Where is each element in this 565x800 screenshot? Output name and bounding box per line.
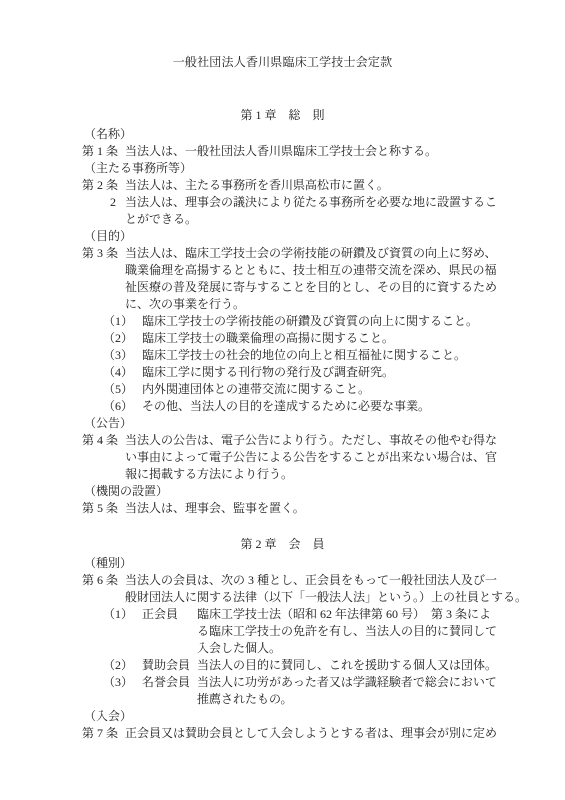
definition-continuation-line: る臨床工学技士の免許を有し、当法人の目的に賛同して — [0, 623, 565, 640]
member-definition-line: （3）名誉会員当法人に功労があった者又は学識経験者で総会において — [0, 674, 565, 691]
section-label: （機関の設置） — [0, 483, 565, 500]
clause-number: 第 2 条 — [82, 177, 125, 194]
chapter-heading: 第 2 章 会 員 — [0, 536, 565, 553]
line-text: る臨床工学技士の免許を有し、当法人の目的に賛同して — [197, 624, 497, 638]
blank-line — [0, 517, 565, 534]
article-line: 第 3 条当法人は、臨床工学技士会の学術技能の研鑽及び資質の向上に努め、 — [0, 245, 565, 262]
definition-continuation-line: 推薦されたもの。 — [0, 691, 565, 708]
article-continuation-line: 報に掲載する方法により行う。 — [0, 466, 565, 483]
line-text: 一般社団法人香川県臨床工学技士会定款 — [173, 55, 393, 69]
member-type-label: 賛助会員 — [142, 657, 197, 674]
article-continuation-line: に、次の事業を行う。 — [0, 296, 565, 313]
line-text: 当法人の目的に賛同し、これを援助する個人又は団体。 — [197, 657, 565, 674]
article-continuation-line: 祉医療の普及発展に寄与することを目的とし、その目的に資するため — [0, 279, 565, 296]
line-text: 第 2 章 会 員 — [240, 537, 324, 551]
line-text: （公告） — [84, 416, 132, 430]
clause-number: 第 6 条 — [82, 572, 125, 589]
clause-number: （3） — [103, 347, 142, 364]
clause-number: 第 5 条 — [82, 500, 125, 517]
clause-number: （1） — [103, 606, 142, 623]
line-text: 当法人に功労があった者又は学識経験者で総会において — [197, 674, 565, 691]
clause-number: （2） — [103, 657, 142, 674]
document-body: 一般社団法人香川県臨床工学技士会定款第 1 章 総 則（名称）第 1 条当法人は… — [0, 0, 565, 742]
line-text: 職業倫理を高揚するとともに、技士相互の連帯交流を深め、県民の福 — [125, 263, 497, 277]
clause-number: 第 3 条 — [82, 245, 125, 262]
line-text: （名称） — [84, 127, 132, 141]
chapter-heading: 第 1 章 総 則 — [0, 107, 565, 124]
list-item-line: （2）臨床工学技士の職業倫理の高揚に関すること。 — [0, 330, 565, 347]
line-text: 当法人の会員は、次の 3 種とし、正会員をもって一般社団法人及び一 — [125, 572, 565, 589]
line-text: に、次の事業を行う。 — [125, 297, 245, 311]
line-text: 入会した個人。 — [197, 641, 281, 655]
article-continuation-line: 般財団法人に関する法律（以下「一般法人法」という。）上の社員とする。 — [0, 589, 565, 606]
article-line: 第 7 条正会員又は賛助会員として入会しようとする者は、理事会が別に定め — [0, 725, 565, 742]
section-label: （目的） — [0, 228, 565, 245]
article-continuation-line: い事由によって電子公告による公告をすることが出来ない場合は、官 — [0, 449, 565, 466]
clause-number: （5） — [103, 381, 142, 398]
line-text: 当法人は、理事会の議決により従たる事務所を必要な地に設置するこ — [125, 194, 565, 211]
clause-number: 第 7 条 — [82, 725, 125, 742]
member-type-label: 名誉会員 — [142, 674, 197, 691]
line-text: 臨床工学技士の職業倫理の高揚に関すること。 — [142, 330, 565, 347]
line-text: 当法人は、理事会、監事を置く。 — [125, 500, 565, 517]
line-text: 当法人は、臨床工学技士会の学術技能の研鑽及び資質の向上に努め、 — [125, 245, 565, 262]
blank-line — [0, 71, 565, 88]
line-text: 第 1 章 総 則 — [240, 108, 324, 122]
clause-number: （4） — [103, 364, 142, 381]
section-label: （入会） — [0, 708, 565, 725]
sub-clause-line: 2当法人は、理事会の議決により従たる事務所を必要な地に設置するこ — [0, 194, 565, 211]
line-text: 当法人の公告は、電子公告により行う。ただし、事故その他やむ得な — [125, 432, 565, 449]
article-line: 第 2 条当法人は、主たる事務所を香川県高松市に置く。 — [0, 177, 565, 194]
member-definition-line: （2）賛助会員当法人の目的に賛同し、これを援助する個人又は団体。 — [0, 657, 565, 674]
section-label: （公告） — [0, 415, 565, 432]
line-text: 般財団法人に関する法律（以下「一般法人法」という。）上の社員とする。 — [125, 590, 527, 604]
member-type-label: 正会員 — [142, 606, 197, 623]
line-text: （主たる事務所等） — [84, 161, 192, 175]
article-continuation-line: とができる。 — [0, 211, 565, 228]
line-text: 当法人は、主たる事務所を香川県高松市に置く。 — [125, 177, 565, 194]
line-text: （種別） — [84, 556, 132, 570]
line-text: （目的） — [84, 229, 132, 243]
clause-number: 第 1 条 — [82, 143, 125, 160]
line-text: 内外関連団体との連帯交流に関すること。 — [142, 381, 565, 398]
line-text: い事由によって電子公告による公告をすることが出来ない場合は、官 — [125, 450, 497, 464]
section-label: （名称） — [0, 126, 565, 143]
line-text: 当法人は、一般社団法人香川県臨床工学技士会と称する。 — [125, 143, 565, 160]
list-item-line: （1）臨床工学技士の学術技能の研鑽及び資質の向上に関すること。 — [0, 313, 565, 330]
section-label: （種別） — [0, 555, 565, 572]
line-text: 祉医療の普及発展に寄与することを目的とし、その目的に資するため — [125, 280, 497, 294]
list-item-line: （5）内外関連団体との連帯交流に関すること。 — [0, 381, 565, 398]
section-label: （主たる事務所等） — [0, 160, 565, 177]
definition-continuation-line: 入会した個人。 — [0, 640, 565, 657]
line-text: 正会員又は賛助会員として入会しようとする者は、理事会が別に定め — [125, 725, 565, 742]
article-line: 第 6 条当法人の会員は、次の 3 種とし、正会員をもって一般社団法人及び一 — [0, 572, 565, 589]
document-page: 一般社団法人香川県臨床工学技士会定款第 1 章 総 則（名称）第 1 条当法人は… — [0, 0, 565, 800]
line-text: 臨床工学に関する刊行物の発行及び調査研究。 — [142, 364, 565, 381]
line-text: 臨床工学技士法（昭和 62 年法律第 60 号） 第 3 条によ — [197, 606, 565, 623]
blank-line — [0, 88, 565, 105]
line-text: その他、当法人の目的を達成するために必要な事業。 — [142, 398, 565, 415]
article-continuation-line: 職業倫理を高揚するとともに、技士相互の連帯交流を深め、県民の福 — [0, 262, 565, 279]
clause-number: （6） — [103, 398, 142, 415]
document-title: 一般社団法人香川県臨床工学技士会定款 — [0, 54, 565, 71]
clause-number: 第 4 条 — [82, 432, 125, 449]
line-text: 報に掲載する方法により行う。 — [125, 467, 293, 481]
article-line: 第 1 条当法人は、一般社団法人香川県臨床工学技士会と称する。 — [0, 143, 565, 160]
clause-number: （3） — [103, 674, 142, 691]
line-text: 臨床工学技士の学術技能の研鑽及び資質の向上に関すること。 — [142, 313, 565, 330]
line-text: 推薦されたもの。 — [197, 692, 293, 706]
line-text: とができる。 — [125, 212, 197, 226]
line-text: 臨床工学技士の社会的地位の向上と相互福祉に関すること。 — [142, 347, 565, 364]
member-definition-line: （1）正会員臨床工学技士法（昭和 62 年法律第 60 号） 第 3 条によ — [0, 606, 565, 623]
article-line: 第 4 条当法人の公告は、電子公告により行う。ただし、事故その他やむ得な — [0, 432, 565, 449]
line-text: （機関の設置） — [84, 484, 168, 498]
list-item-line: （6）その他、当法人の目的を達成するために必要な事業。 — [0, 398, 565, 415]
line-text: （入会） — [84, 709, 132, 723]
list-item-line: （3）臨床工学技士の社会的地位の向上と相互福祉に関すること。 — [0, 347, 565, 364]
clause-number: 2 — [110, 194, 125, 211]
article-line: 第 5 条当法人は、理事会、監事を置く。 — [0, 500, 565, 517]
list-item-line: （4）臨床工学に関する刊行物の発行及び調査研究。 — [0, 364, 565, 381]
clause-number: （1） — [103, 313, 142, 330]
clause-number: （2） — [103, 330, 142, 347]
